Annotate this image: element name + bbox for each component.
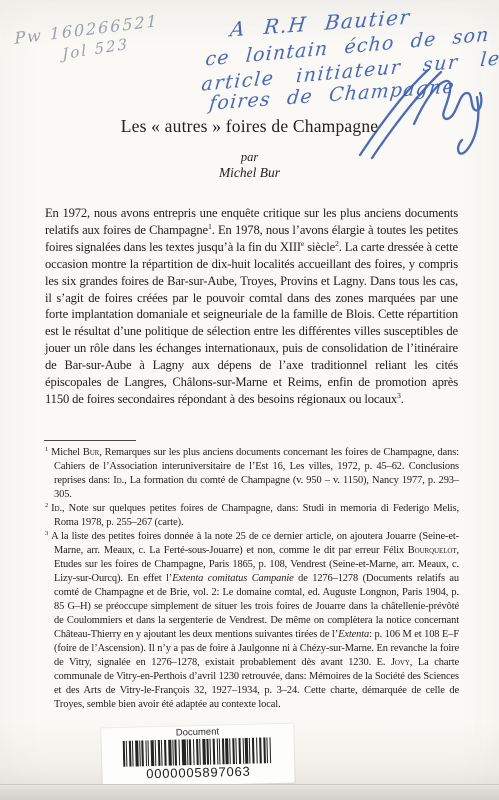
footnote-number: 2 <box>45 502 48 509</box>
scanned-page: Pw 160266521 Jol 523 A R.H Bautier ce lo… <box>0 0 499 800</box>
footnote-separator <box>44 440 136 441</box>
footnotes-block: 1Michel Bur, Remarques sur les plus anci… <box>45 446 459 712</box>
footnote-text: A la liste des petites foires donnée à l… <box>51 531 459 710</box>
barcode-stripes <box>123 737 274 767</box>
page-title: Les « autres » foires de Champagne <box>0 116 499 137</box>
page-bottom-edge <box>0 784 499 800</box>
barcode-label: Document <box>176 726 220 738</box>
footnote-2: 2Id., Note sur quelques petites foires d… <box>45 502 459 530</box>
footnote-text: Michel Bur, Remarques sur les plus ancie… <box>51 447 459 500</box>
body-paragraph: En 1972, nous avons entrepris une enquêt… <box>45 205 458 408</box>
footnote-number: 1 <box>45 446 48 453</box>
footnote-3: 3A la liste des petites foires donnée à … <box>45 530 459 712</box>
barcode-sticker: Document 0000005897063 <box>101 724 294 788</box>
footnote-number: 3 <box>45 530 48 537</box>
byline-prefix: par <box>0 150 499 165</box>
footnote-text: Id., Note sur quelques petites foires de… <box>51 503 459 528</box>
barcode-number: 0000005897063 <box>146 764 251 782</box>
author-name: Michel Bur <box>0 165 499 181</box>
footnote-1: 1Michel Bur, Remarques sur les plus anci… <box>45 446 459 502</box>
